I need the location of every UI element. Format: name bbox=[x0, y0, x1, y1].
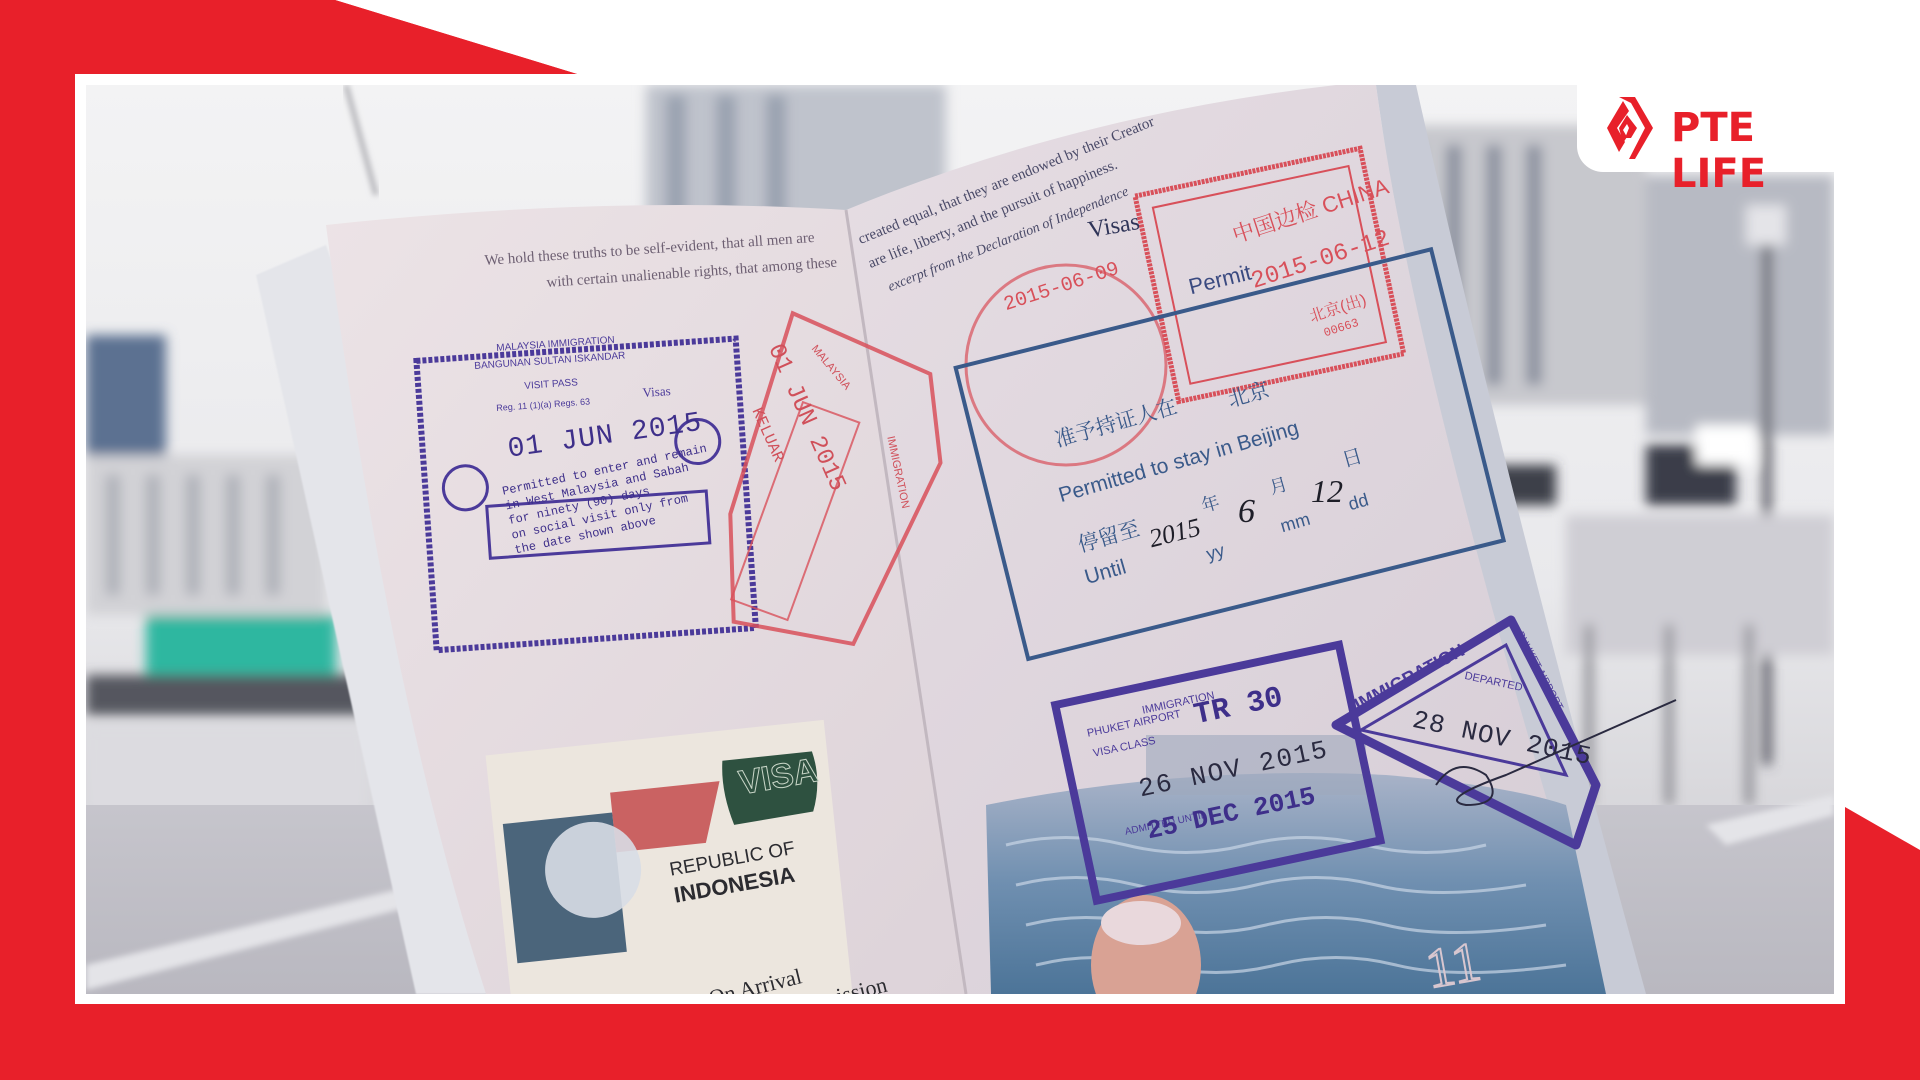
permit-day-handwritten: 12 bbox=[1311, 473, 1343, 510]
permit-month-handwritten: 6 bbox=[1238, 493, 1255, 531]
passport-photo: 11 We hold these truths to be self-evide… bbox=[86, 85, 1834, 994]
brand-logo[interactable]: PTE LIFE bbox=[1577, 85, 1834, 172]
top-red-diagonal bbox=[0, 0, 577, 74]
malaysia-stamp-visas: Visas bbox=[642, 383, 671, 401]
thumbnail bbox=[1101, 901, 1181, 945]
pte-life-logo-icon bbox=[1605, 95, 1655, 161]
page-number: 11 bbox=[1421, 931, 1485, 994]
brand-name: PTE LIFE bbox=[1671, 105, 1834, 197]
